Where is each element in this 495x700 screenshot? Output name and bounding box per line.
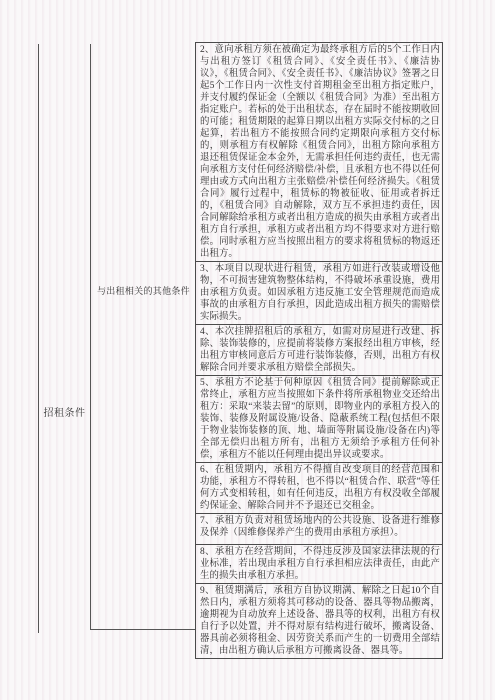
clause-row-7: 7、承租方负责对租赁场地内的公共设施、设备进行维修及保养（因维修保养产生的费用由… — [196, 514, 442, 545]
clause-text-8: 8、承租方在经营期间，不得违反涉及国家法律法规的行业标准，若出现由承租方自行承担… — [200, 547, 440, 581]
clause-row-8: 8、承租方在经营期间，不得违反涉及国家法律法规的行业标准，若出现由承租方自行承担… — [196, 545, 442, 584]
clause-row-3: 3、本项目以现状进行租赁，承租方如进行改装或增设他物，不可损害建筑物整体结构，不… — [196, 262, 442, 325]
clause-row-4: 4、本次挂牌招租后的承租方，如需对房屋进行改建、拆除、装饰装修的，应提前将装修方… — [196, 325, 442, 376]
clause-text-4: 4、本次挂牌招租后的承租方，如需对房屋进行改建、拆除、装饰装修的，应提前将装修方… — [200, 327, 440, 373]
middle-column-bottom-border — [90, 629, 196, 630]
clause-text-2: 2、意向承租方须在被确定为最终承租方后的5个工作日内与出租方签订《租赁合同》、《… — [200, 45, 440, 259]
clause-row-9: 9、租赁期满后，承租方自协议期满、解除之日起10个自然日内，承租方须将其可移动的… — [196, 584, 442, 658]
clause-text-6: 6、在租赁期内，承租方不得擅自改变项目的经营范围和功能，承租方不得转租，也不得以… — [200, 465, 440, 511]
table-rowheader-other-conditions: 与出租相关的其他条件 — [91, 284, 196, 297]
clause-row-5: 5、承租方不论基于何种原因《租赁合同》提前解除或正常终止，承租方应当按照如下条件… — [196, 376, 442, 463]
clause-text-9: 9、租赁期满后，承租方自协议期满、解除之日起10个自然日内，承租方须将其可移动的… — [200, 586, 440, 656]
column-divider-middle — [90, 44, 91, 630]
clause-text-3: 3、本项目以现状进行租赁，承租方如进行改装或增设他物，不可损害建筑物整体结构，不… — [200, 264, 440, 322]
clause-row-2: 2、意向承租方须在被确定为最终承租方后的5个工作日内与出租方签订《租赁合同》、《… — [196, 43, 442, 262]
clause-row-6: 6、在租赁期内，承租方不得擅自改变项目的经营范围和功能，承租方不得转租，也不得以… — [196, 463, 442, 514]
clause-text-7: 7、承租方负责对租赁场地内的公共设施、设备进行维修及保养（因维修保养产生的费用由… — [200, 516, 440, 538]
table-rowheader-zhaozu-tiaojian: 招租条件 — [38, 404, 91, 419]
column-divider-left — [38, 44, 39, 633]
clause-text-5: 5、承租方不论基于何种原因《租赁合同》提前解除或正常终止，承租方应当按照如下条件… — [200, 378, 440, 460]
clause-column: 2、意向承租方须在被确定为最终承租方后的5个工作日内与出租方签订《租赁合同》、《… — [195, 42, 443, 659]
scanned-document-page: 招租条件 与出租相关的其他条件 2、意向承租方须在被确定为最终承租方后的5个工作… — [0, 0, 495, 700]
